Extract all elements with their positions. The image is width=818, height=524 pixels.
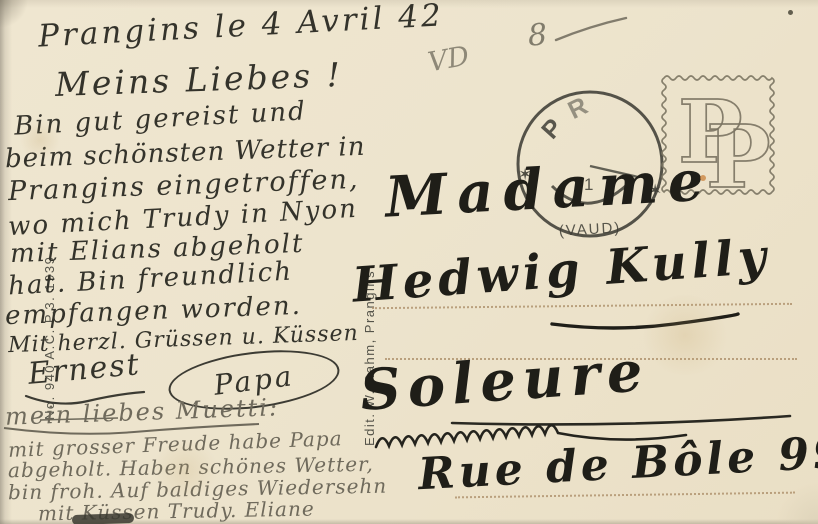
pencil-line: mit Küssen Trudy. Eliane — [38, 497, 315, 524]
pencil-mark-8: 8 — [527, 17, 548, 53]
postmark-canton-label: (VAUD) — [558, 219, 621, 239]
stamp-monogram-p2: P — [706, 107, 771, 208]
postmark-town-letter-p: P — [536, 113, 568, 144]
name-underline — [548, 300, 743, 332]
pencil-mark-vd: VD — [426, 41, 472, 79]
postcard-back: No. 940 A.C. P.3. 1939 Edit. W. Rahm, Pr… — [0, 0, 818, 524]
postmark-town-letter-r: R — [564, 92, 593, 125]
pencil-dash-stroke — [550, 14, 632, 44]
paper-speck — [788, 10, 793, 15]
message-dateline: Prangins le 4 Avril 42 — [37, 0, 444, 55]
